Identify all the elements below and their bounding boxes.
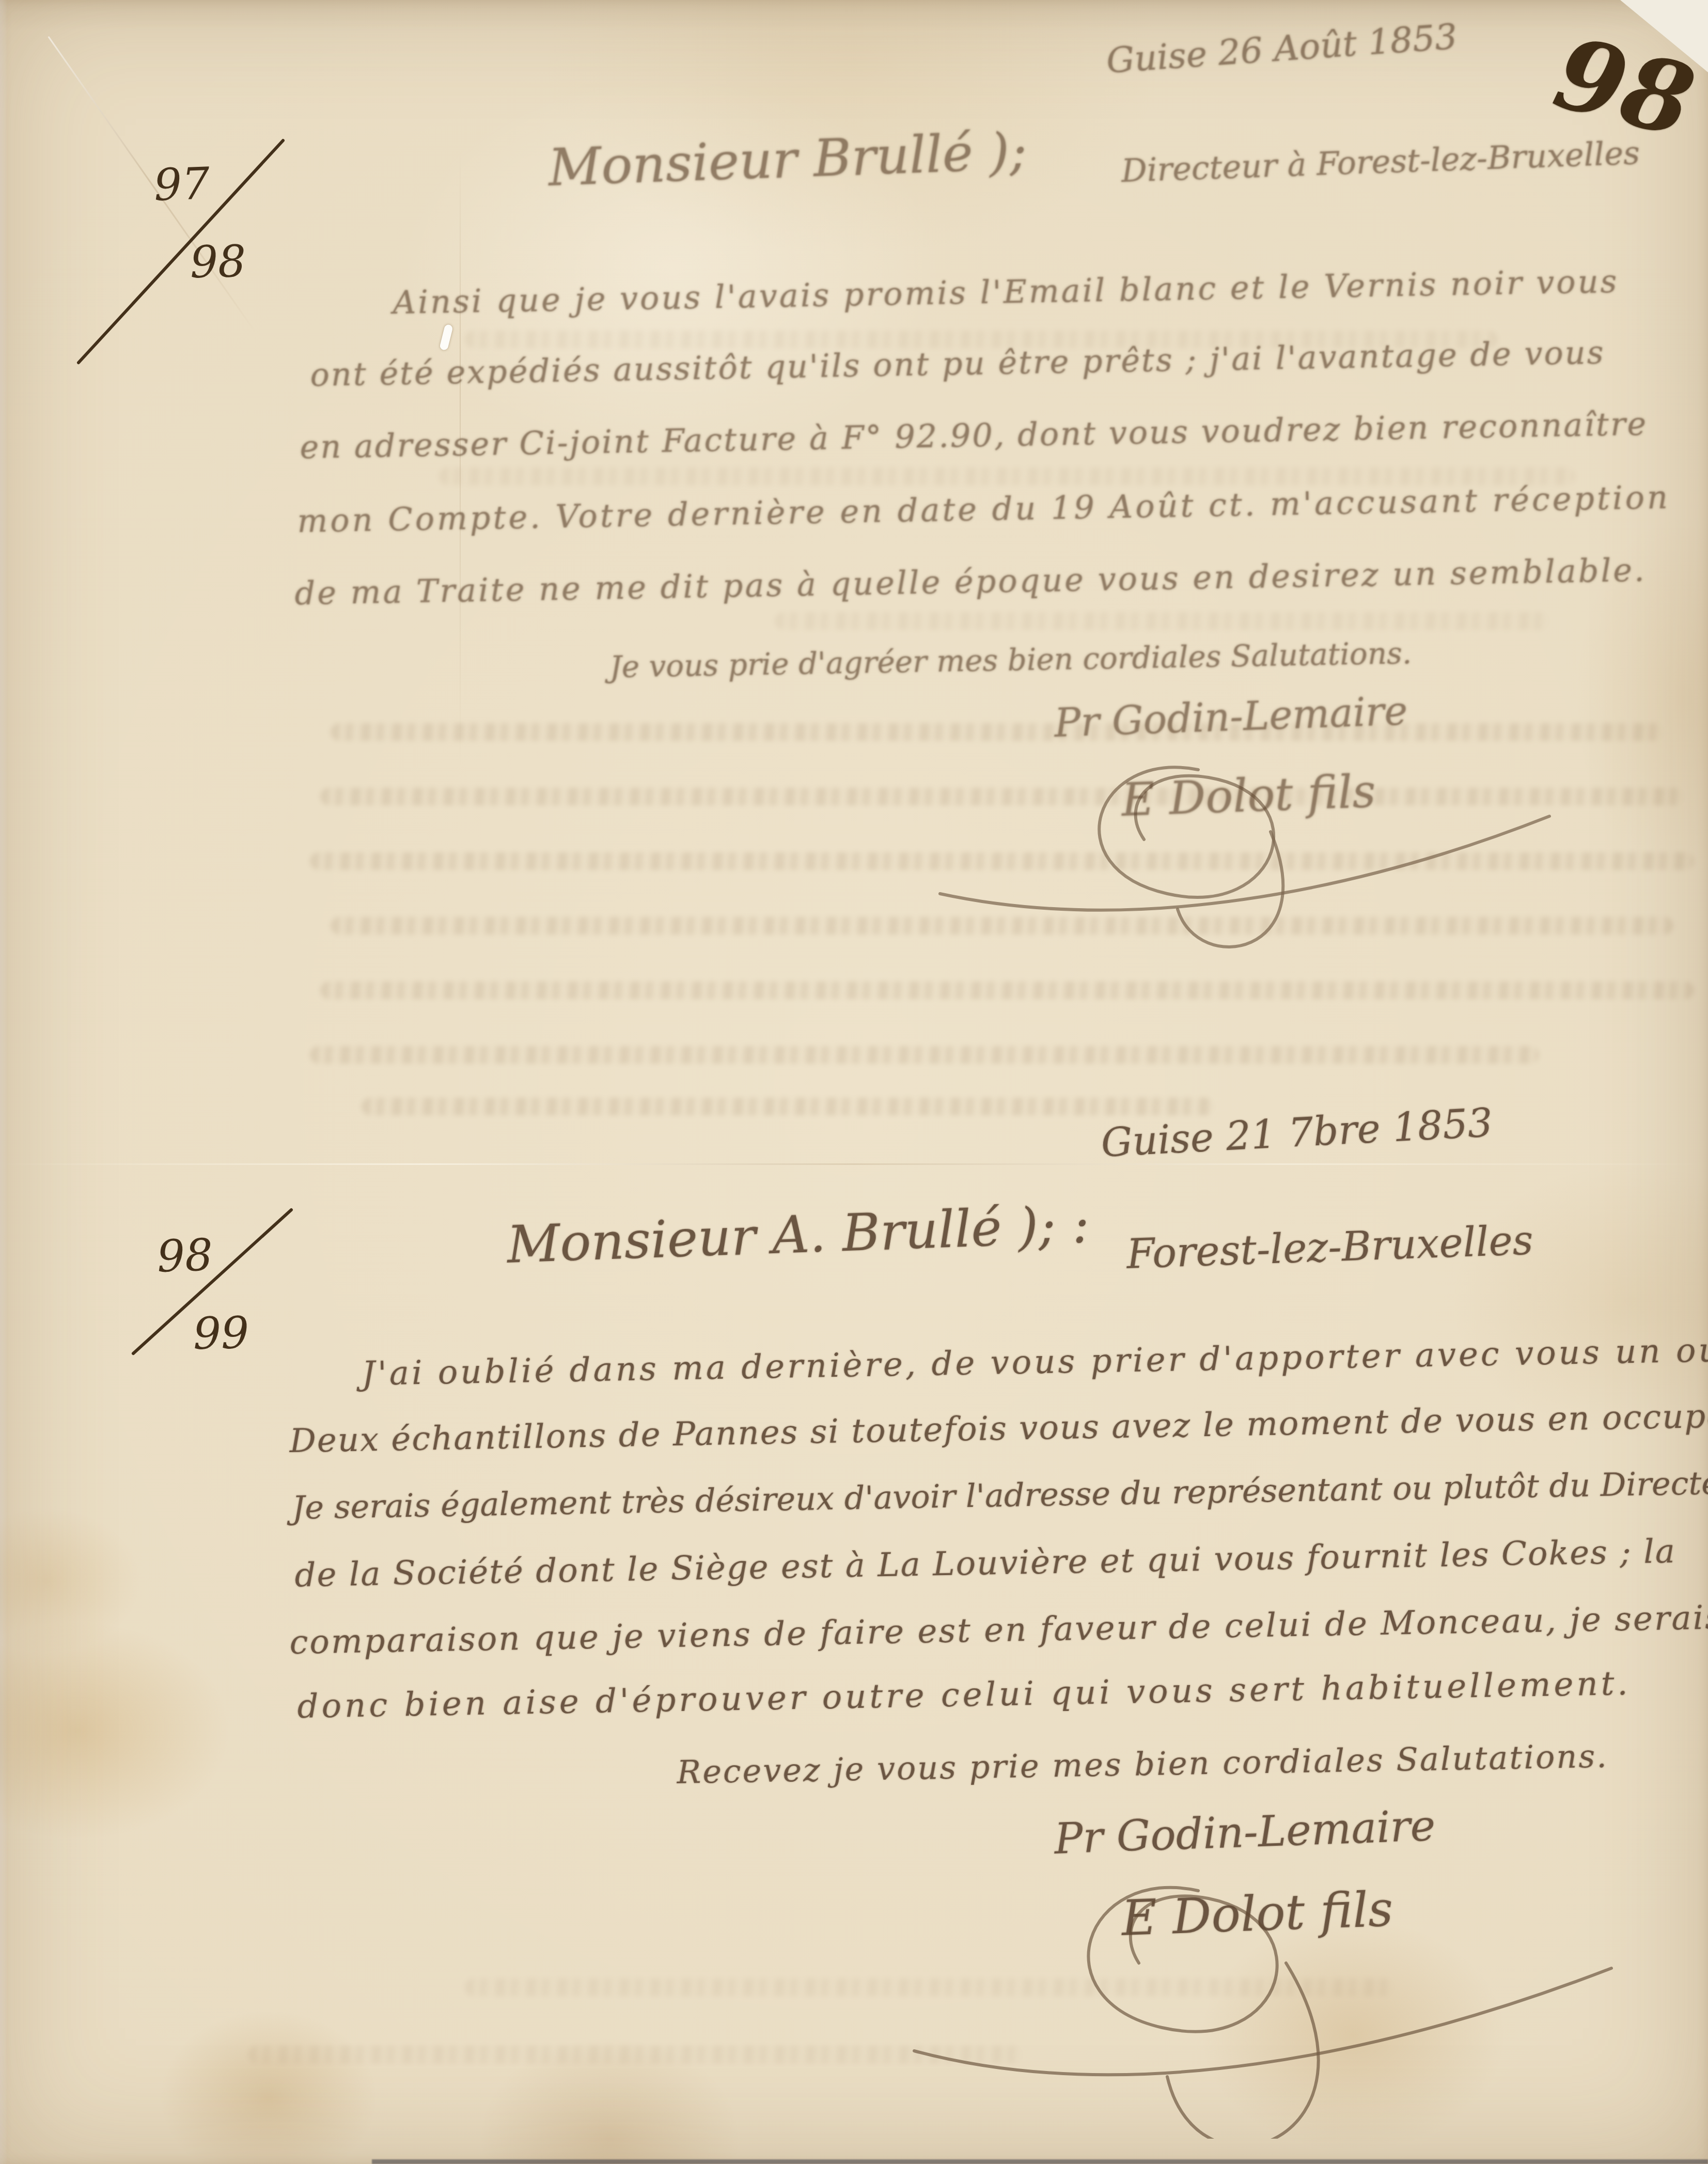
crease-horizontal-fold [0, 1163, 1708, 1165]
letter2-signature-preamble: Pr Godin-Lemaire [1054, 1805, 1436, 1861]
bleedthrough-line [465, 331, 1498, 348]
paper-nick [439, 324, 453, 351]
bleedthrough-line [320, 982, 1694, 999]
letter2-body-line: J'ai oublié dans ma dernière, de vous pr… [362, 1334, 1708, 1391]
margin-mark-numerator: 98 [156, 1229, 214, 1283]
bleedthrough-line [362, 1098, 1214, 1115]
bleedthrough-line [331, 917, 1673, 935]
margin-mark-numerator: 97 [153, 158, 211, 211]
letter2-body-line: donc bien aise d'éprouver outre celui qu… [297, 1667, 1631, 1723]
bleedthrough-line [320, 788, 1684, 805]
letter2-signature: E Dolot fils [1121, 1886, 1394, 1943]
bleedthrough-line [248, 2046, 1023, 2063]
bleedthrough-line [331, 723, 1663, 741]
letter1-body-line: de ma Traite ne me dit pas à quelle époq… [294, 554, 1647, 610]
margin-mark-denominator: 99 [193, 1307, 249, 1360]
letter1-body-line: mon Compte. Votre dernière en date du 19… [297, 481, 1670, 537]
margin-mark-2: 98 99 [72, 1198, 300, 1390]
letter2-recipient-title: Forest-lez-Bruxelles [1126, 1221, 1534, 1275]
letter2-closing: Recevez je vous prie mes bien cordiales … [677, 1740, 1608, 1788]
bleedthrough-line [439, 468, 1575, 485]
letter2-body-line: Je serais également très désireux d'avoi… [292, 1467, 1708, 1524]
scan-bottom-edge [372, 2159, 1708, 2164]
bleedthrough-line [465, 1979, 1394, 1996]
letter1-body-line: Ainsi que je vous l'avais promis l'Email… [393, 266, 1619, 319]
folio-slash [72, 1198, 300, 1390]
letter1-recipient: Monsieur Brullé ); [547, 126, 1028, 194]
letter1-recipient-title: Directeur à Forest-lez-Bruxelles [1121, 137, 1640, 187]
letter1-body-line: en adresser Ci-joint Facture à F° 92.90,… [300, 408, 1648, 463]
margin-mark-denominator: 98 [190, 236, 246, 288]
letter1-dateline: Guise 26 Août 1853 [1105, 20, 1459, 79]
margin-mark-1: 97 98 [72, 134, 300, 377]
bleedthrough-line [310, 852, 1694, 870]
letter2-body-line: comparaison que je viens de faire est en… [289, 1601, 1708, 1659]
bleedthrough-line [775, 612, 1549, 630]
letter2-recipient: Monsieur A. Brullé ); : [506, 1199, 1090, 1271]
bleedthrough-line [310, 1046, 1539, 1064]
letter1-closing: Je vous prie d'agréer mes bien cordiales… [609, 638, 1412, 682]
letter2-body-line: Deux échantillons de Pannes si toutefois… [289, 1399, 1708, 1458]
letter2-body-line: de la Société dont le Siège est à La Lou… [294, 1535, 1676, 1592]
letter-scan-page: { "document": { "folio_number": "98", "m… [0, 0, 1708, 2164]
folio-number: 98 [1546, 23, 1703, 151]
